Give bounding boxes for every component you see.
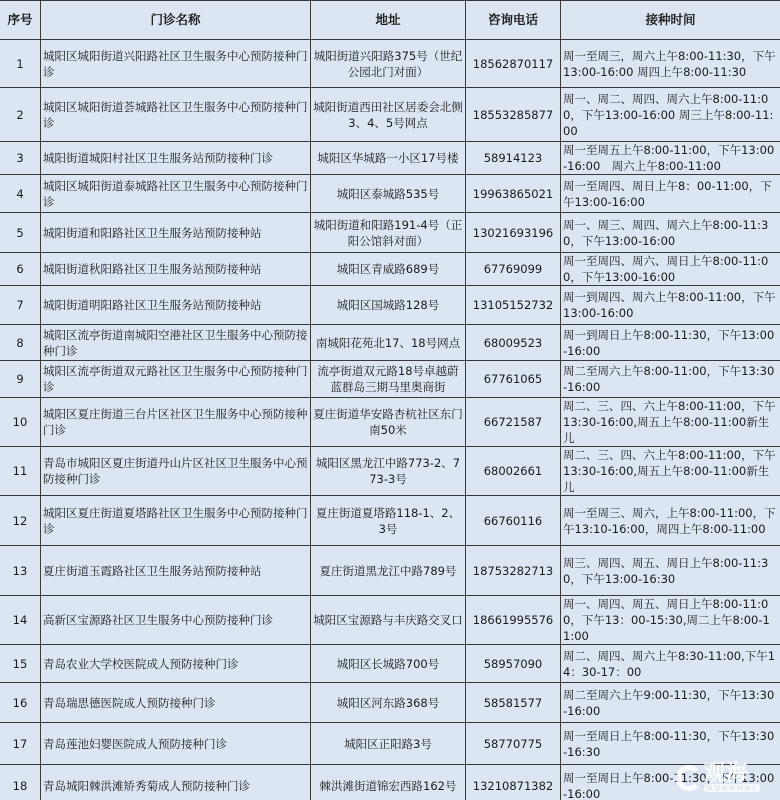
clinic-phone: 13210871382 [466, 765, 561, 800]
clinic-name: 高新区宝源路社区卫生服务中心预防接种门诊 [41, 596, 311, 645]
table-row: 3 城阳街道城阳村社区卫生服务站预防接种门诊 城阳区华城路一小区17号楼 589… [0, 142, 780, 175]
clinic-address: 城阳区华城路一小区17号楼 [311, 142, 466, 175]
clinic-phone: 13105152732 [466, 286, 561, 325]
clinic-hours: 周一至周日上午8:00-11:30，下午13:00-16:00 [561, 765, 780, 800]
clinic-hours: 周一至周四、周六、周日上午8:00-11:00，下午13:00-16:00 [561, 253, 780, 286]
clinic-phone: 58914123 [466, 142, 561, 175]
clinic-name: 城阳街道秋阳路社区卫生服务站预防接种站 [41, 253, 311, 286]
clinic-name: 城阳区城阳街道兴阳路社区卫生服务中心预防接种门诊 [41, 40, 311, 88]
table-row: 12 城阳区夏庄街道夏塔路社区卫生服务中心预防接种门诊 夏庄街道夏塔路118-1… [0, 496, 780, 546]
clinic-hours: 周一至周三，周六上午8:00-11:30，下午13:00-16:00 周四上午8… [561, 40, 780, 88]
row-index: 3 [0, 142, 41, 175]
table-row: 14 高新区宝源路社区卫生服务中心预防接种门诊 城阳区宝源路与丰庆路交叉口 18… [0, 596, 780, 645]
clinic-phone: 68009523 [466, 325, 561, 361]
clinic-address: 夏庄街道夏塔路118-1、2、3号 [311, 496, 466, 546]
clinic-name: 城阳区流亭街道双元路社区卫生服务中心预防接种门诊 [41, 361, 311, 398]
row-index: 13 [0, 546, 41, 596]
clinic-name: 青岛农业大学校医院成人预防接种门诊 [41, 645, 311, 683]
clinic-address: 城阳区国城路128号 [311, 286, 466, 325]
row-index: 18 [0, 765, 41, 800]
clinic-phone: 66760116 [466, 496, 561, 546]
clinic-hours: 周一至周日上午8:00-11:30，下午13:30-16:30 [561, 723, 780, 765]
clinic-hours: 周二、三、四、六上午8:00-11:00，下午13:30-16:00,周五上午8… [561, 447, 780, 496]
clinic-name: 青岛市城阳区夏庄街道丹山片区社区卫生服务中心预防接种门诊 [41, 447, 311, 496]
clinic-name: 城阳区夏庄街道夏塔路社区卫生服务中心预防接种门诊 [41, 496, 311, 546]
clinic-table: 序号 门诊名称 地址 咨询电话 接种时间 1 城阳区城阳街道兴阳路社区卫生服务中… [0, 0, 780, 800]
clinic-hours: 周一、周三、周四、周六上午8:00-11:30，下午13:00-16:00 [561, 213, 780, 253]
clinic-hours: 周一至周四、周日上午8：00-11:00，下午13:00-16:00 [561, 175, 780, 213]
clinic-hours: 周一至周三、周六，上午8:00-11:00，下午13:10-16:00，周四上午… [561, 496, 780, 546]
clinic-phone: 58581577 [466, 683, 561, 723]
clinic-address: 城阳区宝源路与丰庆路交叉口 [311, 596, 466, 645]
table-row: 5 城阳街道和阳路社区卫生服务站预防接种站 城阳街道和阳路191-4号（正阳公馆… [0, 213, 780, 253]
clinic-name: 城阳街道明阳路社区卫生服务站预防接种站 [41, 286, 311, 325]
clinic-address: 城阳区正阳路3号 [311, 723, 466, 765]
clinic-name: 城阳街道城阳村社区卫生服务站预防接种门诊 [41, 142, 311, 175]
table-row: 9 城阳区流亭街道双元路社区卫生服务中心预防接种门诊 流亭街道双元路18号卓越蔚… [0, 361, 780, 398]
clinic-hours: 周一、周四、周五、周日上午8:00-11:00，下午13：00-15:30,周二… [561, 596, 780, 645]
table-row: 11 青岛市城阳区夏庄街道丹山片区社区卫生服务中心预防接种门诊 城阳区黑龙江中路… [0, 447, 780, 496]
row-index: 8 [0, 325, 41, 361]
row-index: 10 [0, 398, 41, 447]
clinic-name: 青岛莲池妇婴医院成人预防接种门诊 [41, 723, 311, 765]
table-row: 1 城阳区城阳街道兴阳路社区卫生服务中心预防接种门诊 城阳街道兴阳路375号（世… [0, 40, 780, 88]
header-index: 序号 [0, 1, 41, 40]
table-row: 10 城阳区夏庄街道三台片区社区卫生服务中心预防接种门诊 夏庄街道华安路杏杭社区… [0, 398, 780, 447]
clinic-phone: 18753282713 [466, 546, 561, 596]
clinic-address: 城阳区河东路368号 [311, 683, 466, 723]
row-index: 11 [0, 447, 41, 496]
clinic-phone: 68002661 [466, 447, 561, 496]
clinic-name: 青岛瑞思德医院成人预防接种门诊 [41, 683, 311, 723]
clinic-address: 城阳区青威路689号 [311, 253, 466, 286]
clinic-hours: 周一至周五上午8:00-11:00，下午13:00-16:00 周六上午8:00… [561, 142, 780, 175]
clinic-name: 青岛城阳棘洪滩矫秀菊成人预防接种门诊 [41, 765, 311, 800]
table-row: 4 城阳区城阳街道泰城路社区卫生服务中心预防接种门诊 城阳区泰城路535号 19… [0, 175, 780, 213]
clinic-address: 城阳街道和阳路191-4号（正阳公馆斜对面） [311, 213, 466, 253]
header-address: 地址 [311, 1, 466, 40]
clinic-name: 城阳区城阳街道泰城路社区卫生服务中心预防接种门诊 [41, 175, 311, 213]
table-row: 17 青岛莲池妇婴医院成人预防接种门诊 城阳区正阳路3号 58770775 周一… [0, 723, 780, 765]
clinic-phone: 58957090 [466, 645, 561, 683]
clinic-address: 棘洪滩街道锦宏西路162号 [311, 765, 466, 800]
clinic-phone: 66721587 [466, 398, 561, 447]
row-index: 17 [0, 723, 41, 765]
table-row: 16 青岛瑞思德医院成人预防接种门诊 城阳区河东路368号 58581577 周… [0, 683, 780, 723]
table-row: 13 夏庄街道玉霞路社区卫生服务站预防接种站 夏庄街道黑龙江中路789号 187… [0, 546, 780, 596]
row-index: 14 [0, 596, 41, 645]
clinic-address: 城阳街道兴阳路375号（世纪公园北门对面） [311, 40, 466, 88]
table-row: 7 城阳街道明阳路社区卫生服务站预防接种站 城阳区国城路128号 1310515… [0, 286, 780, 325]
row-index: 12 [0, 496, 41, 546]
clinic-hours: 周二、周四、周六上午8:30-11:00,下午14：30-17：00 [561, 645, 780, 683]
table-row: 18 青岛城阳棘洪滩矫秀菊成人预防接种门诊 棘洪滩街道锦宏西路162号 1321… [0, 765, 780, 800]
clinic-address: 城阳区黑龙江中路773-2、773-3号 [311, 447, 466, 496]
clinic-hours: 周二、三、四、六上午8:00-11:00，下午13:30-16:00,周五上午8… [561, 398, 780, 447]
clinic-phone: 67769099 [466, 253, 561, 286]
clinic-address: 南城阳花苑北17、18号网点 [311, 325, 466, 361]
clinic-name: 城阳街道和阳路社区卫生服务站预防接种站 [41, 213, 311, 253]
clinic-address: 城阳区泰城路535号 [311, 175, 466, 213]
row-index: 9 [0, 361, 41, 398]
row-index: 4 [0, 175, 41, 213]
clinic-hours: 周二至周六上午9:00-11:30，下午13:30-16:00 [561, 683, 780, 723]
clinic-name: 城阳区城阳街道荟城路社区卫生服务中心预防接种门诊 [41, 88, 311, 142]
row-index: 6 [0, 253, 41, 286]
table-row: 15 青岛农业大学校医院成人预防接种门诊 城阳区长城路700号 58957090… [0, 645, 780, 683]
clinic-phone: 58770775 [466, 723, 561, 765]
row-index: 16 [0, 683, 41, 723]
clinic-phone: 13021693196 [466, 213, 561, 253]
clinic-phone: 18553285877 [466, 88, 561, 142]
clinic-address: 城阳区长城路700号 [311, 645, 466, 683]
clinic-hours: 周三、周四、周五、周日上午8:00-11:30，下午13:00-16:30 [561, 546, 780, 596]
header-hours: 接种时间 [561, 1, 780, 40]
clinic-address: 夏庄街道黑龙江中路789号 [311, 546, 466, 596]
clinic-name: 夏庄街道玉霞路社区卫生服务站预防接种站 [41, 546, 311, 596]
row-index: 1 [0, 40, 41, 88]
clinic-name: 城阳区流亭街道南城阳空港社区卫生服务中心预防接种门诊 [41, 325, 311, 361]
clinic-address: 城阳街道西田社区居委会北侧3、4、5号网点 [311, 88, 466, 142]
clinic-hours: 周一、周二、周四、周六上午8:00-11:00，下午13:00-16:00 周三… [561, 88, 780, 142]
row-index: 2 [0, 88, 41, 142]
row-index: 7 [0, 286, 41, 325]
table-row: 6 城阳街道秋阳路社区卫生服务站预防接种站 城阳区青威路689号 6776909… [0, 253, 780, 286]
clinic-address: 夏庄街道华安路杏杭社区东门南50米 [311, 398, 466, 447]
header-name: 门诊名称 [41, 1, 311, 40]
header-phone: 咨询电话 [466, 1, 561, 40]
clinic-phone: 19963865021 [466, 175, 561, 213]
clinic-phone: 18661995576 [466, 596, 561, 645]
clinic-phone: 18562870117 [466, 40, 561, 88]
clinic-hours: 周二至周六上午8:00-11:00，下午13:30-16:00 [561, 361, 780, 398]
table-row: 2 城阳区城阳街道荟城路社区卫生服务中心预防接种门诊 城阳街道西田社区居委会北侧… [0, 88, 780, 142]
row-index: 15 [0, 645, 41, 683]
clinic-name: 城阳区夏庄街道三台片区社区卫生服务中心预防接种门诊 [41, 398, 311, 447]
clinic-address: 流亭街道双元路18号卓越蔚蓝群岛三期马里奥商街 [311, 361, 466, 398]
row-index: 5 [0, 213, 41, 253]
clinic-hours: 周一到周日上午8:00-11:30，下午13:00-16:00 [561, 325, 780, 361]
clinic-hours: 周一到周四、周六上午8:00-11:00，下午13:00-16:00 [561, 286, 780, 325]
clinic-phone: 67761065 [466, 361, 561, 398]
table-row: 8 城阳区流亭街道南城阳空港社区卫生服务中心预防接种门诊 南城阳花苑北17、18… [0, 325, 780, 361]
table-header-row: 序号 门诊名称 地址 咨询电话 接种时间 [0, 1, 780, 40]
